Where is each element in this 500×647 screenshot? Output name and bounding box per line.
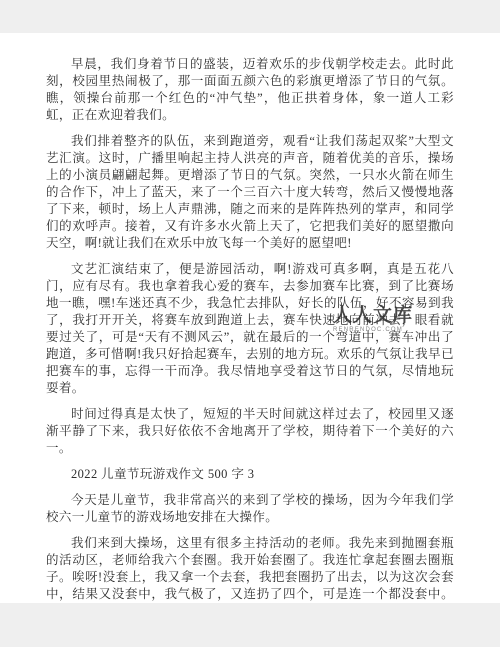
essay-paragraph: 我们排着整齐的队伍，来到跑道旁，观看“让我们荡起双桨”大型文艺汇演。这时，广播里… (46, 133, 454, 252)
document-page: 早晨，我们身着节日的盛装，迈着欢乐的步伐朝学校走去。此时此刻，校园里热闹极了，那… (0, 33, 500, 603)
essay-paragraph: 我们来到大操场，这里有很多主持活动的老师。我先来到抛圈套瓶的活动区，老师给我六个… (46, 535, 454, 603)
essay-body: 早晨，我们身着节日的盛装，迈着欢乐的步伐朝学校走去。此时此刻，校园里热闹极了，那… (46, 56, 454, 603)
essay-paragraph: 早晨，我们身着节日的盛装，迈着欢乐的步伐朝学校走去。此时此刻，校园里热闹极了，那… (46, 56, 454, 124)
essay-paragraph: 今天是儿童节，我非常高兴的来到了学校的操场，因为今年我们学校六一儿童节的游戏场地… (46, 492, 454, 526)
essay-paragraph: 文艺汇演结束了，便是游园活动，啊!游戏可真多啊，真是五花八门，应有尽有。我也拿着… (46, 261, 454, 397)
essay-section-title: 2022 儿童节玩游戏作文 500 字 3 (46, 466, 454, 483)
essay-paragraph: 时间过得真是太快了，短短的半天时间就这样过去了，校园里又逐渐平静了下来，我只好依… (46, 406, 454, 457)
